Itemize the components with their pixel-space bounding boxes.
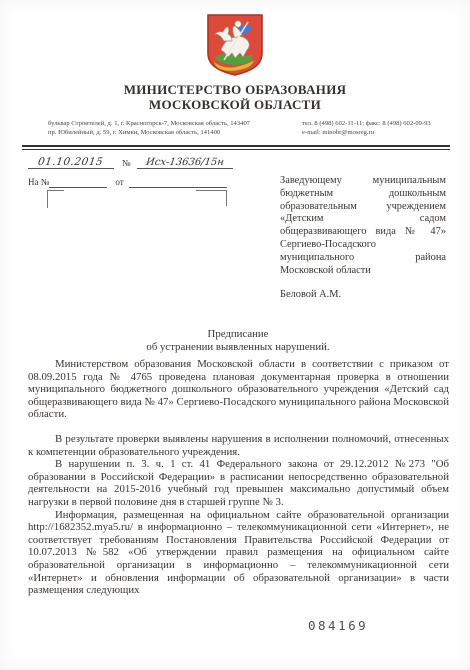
- coat-of-arms-icon: [205, 13, 265, 77]
- document-body: Министерством образования Московской обл…: [28, 358, 449, 597]
- body-paragraph: В результате проверки выявлены нарушения…: [28, 433, 449, 458]
- corner-mark-left: [47, 190, 64, 208]
- document-title: Предписание об устранении выявленных нар…: [28, 328, 448, 354]
- ministry-title-line1: МИНИСТЕРСТВО ОБРАЗОВАНИЯ: [0, 83, 470, 98]
- addressee-line: Сергиево-Посадского: [280, 239, 446, 252]
- addressee-line: «Детским садом: [280, 213, 446, 226]
- addressee-line: образовательным учреждением: [280, 201, 446, 214]
- outgoing-number-field: Исх-13636/15н: [137, 157, 233, 169]
- addressee-line: муниципального района: [280, 252, 446, 265]
- addressee-block: Заведующему муниципальным бюджетным дошк…: [280, 175, 446, 302]
- address-line1: бульвар Строителей, д. 1, г. Красногорск…: [48, 120, 296, 129]
- ministry-title: МИНИСТЕРСТВО ОБРАЗОВАНИЯ МОСКОВСКОЙ ОБЛА…: [0, 83, 470, 112]
- reply-date-label: от: [115, 176, 123, 188]
- letterhead-contacts: бульвар Строителей, д. 1, г. Красногорск…: [28, 120, 452, 137]
- addressee-line: общеразвивающего вида № 47»: [280, 226, 446, 239]
- addressee-name: Беловой А.М.: [280, 289, 446, 302]
- addressee-line: бюджетным дошкольным: [280, 188, 446, 201]
- body-paragraph: Информация, размещенная на официальном с…: [28, 509, 449, 597]
- form-serial-number: 084169: [308, 618, 368, 633]
- date-field: 01.10.2015: [28, 156, 114, 169]
- document-title-line1: Предписание: [28, 328, 448, 341]
- body-paragraph: Министерством образования Московской обл…: [28, 358, 449, 421]
- reply-number-field: [49, 187, 107, 188]
- letterhead-divider: [22, 145, 450, 150]
- addressee-line: Московской области: [280, 265, 446, 278]
- address-line2: пр. Юбилейный, д. 59, г. Химки, Московск…: [48, 129, 296, 138]
- outgoing-ref-row: 01.10.2015 № Исх-13636/15н: [28, 153, 248, 169]
- reply-date-field: [129, 187, 227, 188]
- body-paragraph: В нарушении п. 3. ч. 1 ст. 41 Федерально…: [28, 458, 449, 508]
- number-sign-label: №: [122, 157, 131, 169]
- ministry-title-line2: МОСКОВСКОЙ ОБЛАСТИ: [0, 98, 470, 113]
- reply-ref-row: На № от: [28, 172, 248, 188]
- email-line: e-mail: minobr@mosreg.ru: [302, 129, 452, 138]
- letterhead-address: бульвар Строителей, д. 1, г. Красногорск…: [48, 120, 296, 137]
- addressee-line: Заведующему муниципальным: [280, 175, 446, 188]
- handwritten-date: 01.10.2015: [38, 156, 105, 168]
- phone-line: тел. 8 (498) 602-11-11; факс: 8 (498) 60…: [302, 120, 452, 129]
- corner-mark-right: [196, 190, 227, 206]
- reference-block: 01.10.2015 № Исх-13636/15н На № от: [28, 153, 248, 188]
- handwritten-outgoing-number: Исх-13636/15н: [145, 157, 224, 168]
- reply-number-label: На №: [28, 176, 49, 188]
- letterhead-phones: тел. 8 (498) 602-11-11; факс: 8 (498) 60…: [302, 120, 452, 137]
- document-page: МИНИСТЕРСТВО ОБРАЗОВАНИЯ МОСКОВСКОЙ ОБЛА…: [0, 0, 470, 670]
- document-title-line2: об устранении выявленных нарушений.: [28, 341, 448, 354]
